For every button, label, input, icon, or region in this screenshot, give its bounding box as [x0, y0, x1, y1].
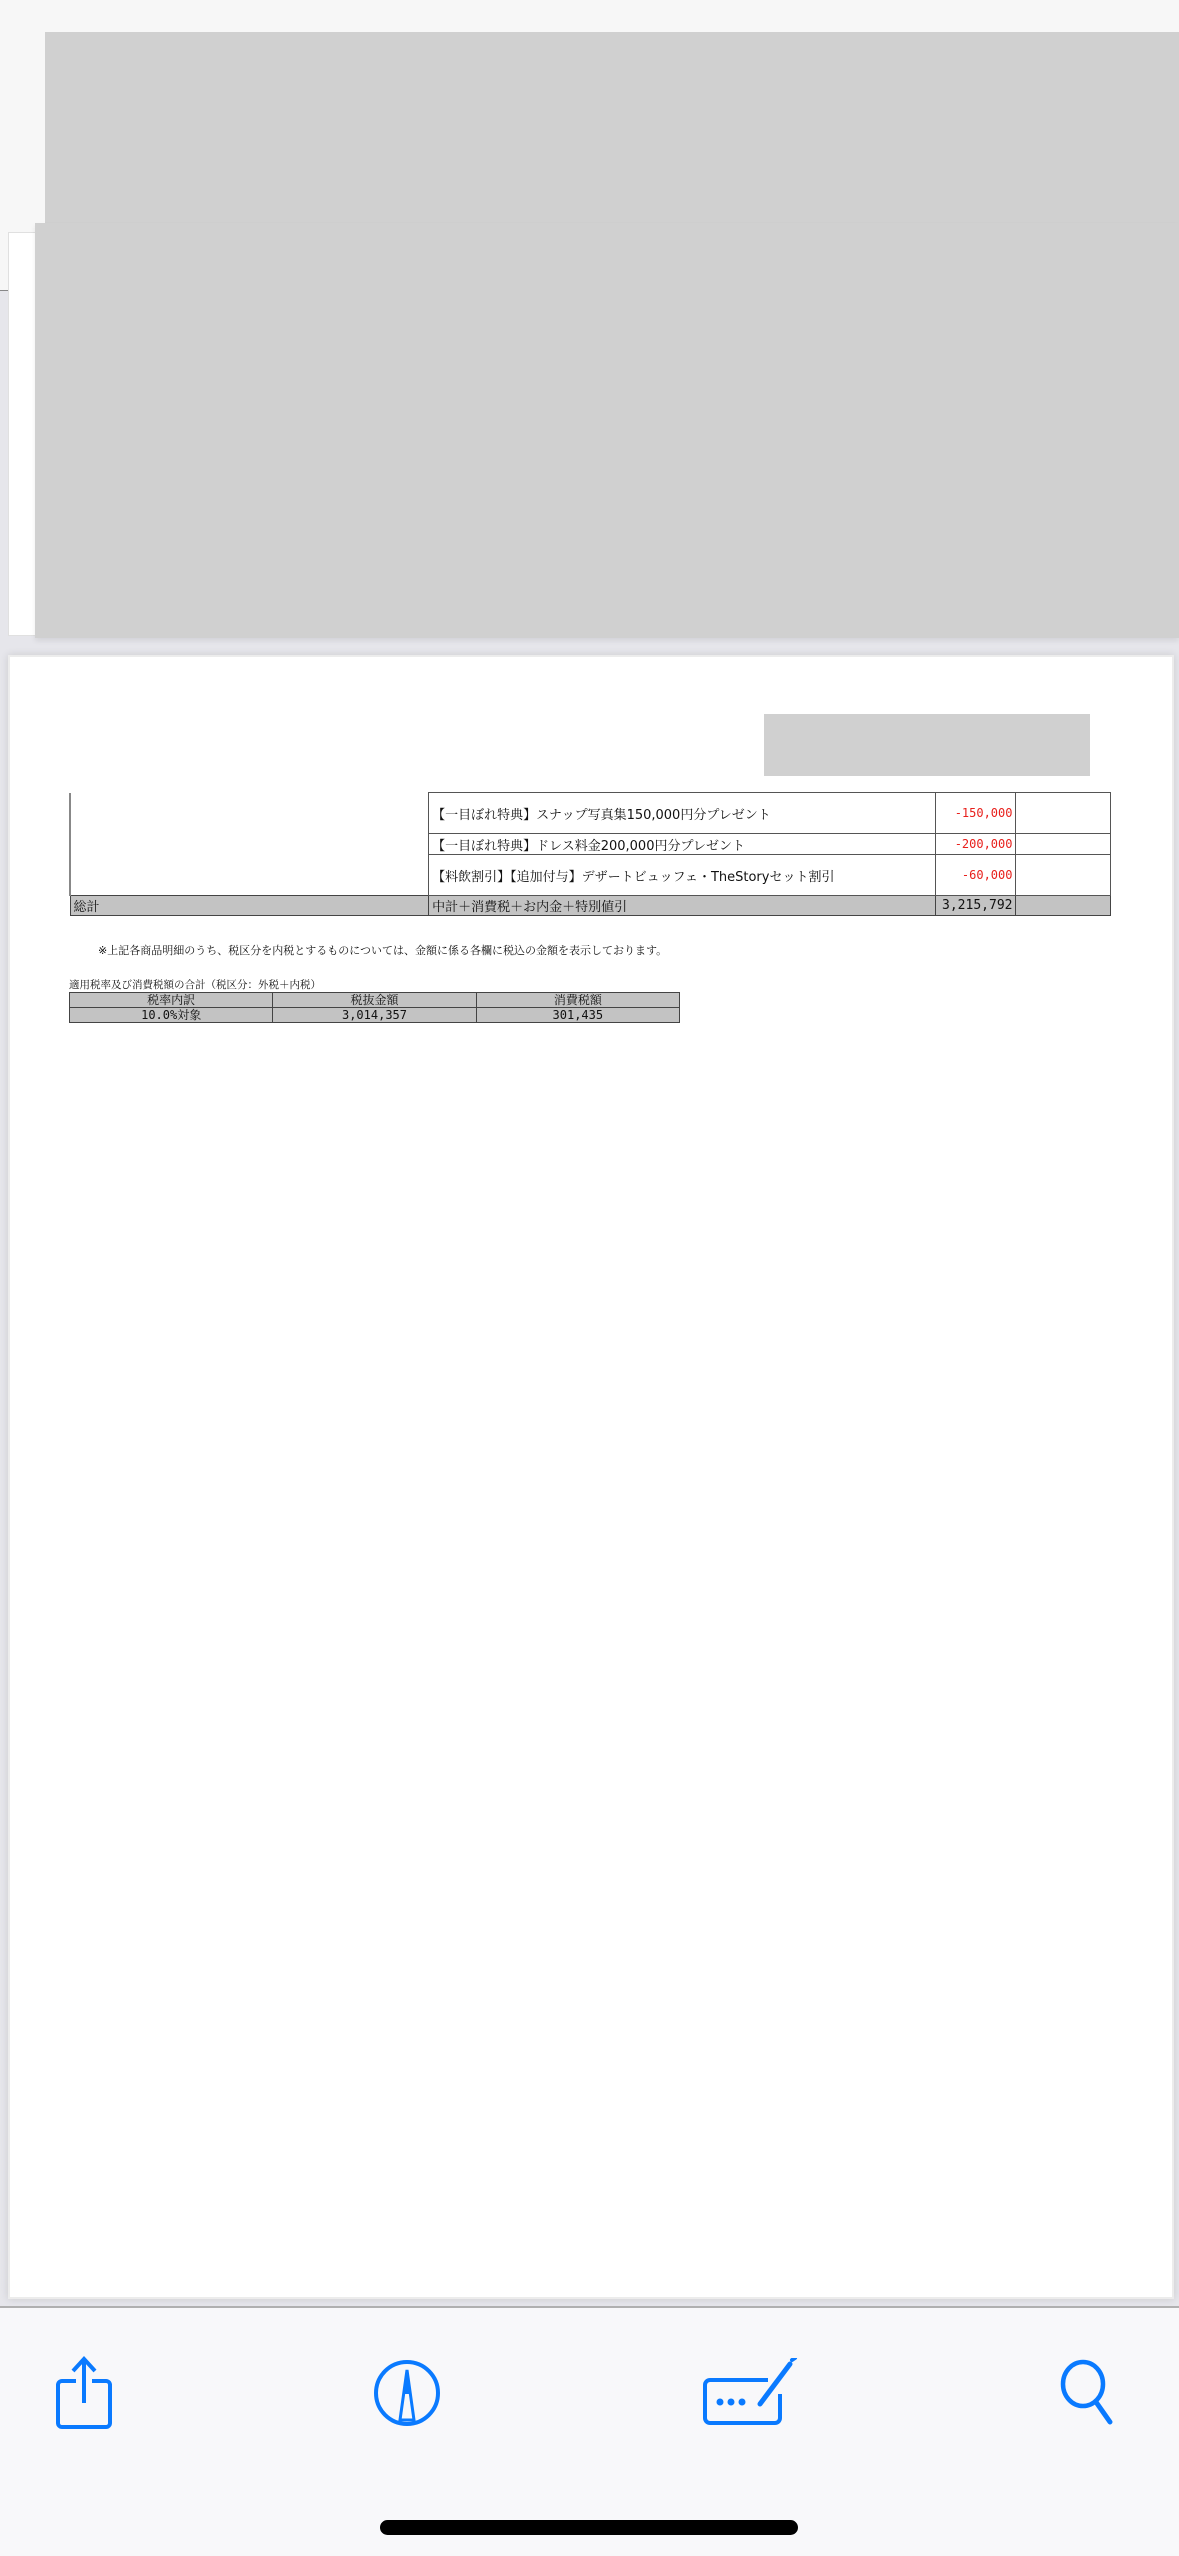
invoice-table: 【一目ぼれ特典】スナップ写真集150,000円分プレゼント -150,000 【… [69, 792, 1111, 916]
empty-cell [1016, 834, 1111, 855]
tax-summary-table: 税率内訳 税抜金額 消費税額 10.0%対象 3,014,357 301,435 [69, 992, 680, 1023]
search-button[interactable] [1050, 2348, 1130, 2438]
item-amount: -150,000 [935, 793, 1016, 834]
redacted-stamp-region [764, 714, 1090, 776]
markup-button[interactable] [367, 2348, 447, 2438]
total-label: 総計 [70, 896, 429, 916]
tax-header-net: 税抜金額 [273, 993, 476, 1008]
total-amount: 3,215,792 [935, 896, 1016, 916]
item-amount: -200,000 [935, 834, 1016, 855]
fill-and-sign-button[interactable] [700, 2348, 800, 2438]
total-row: 総計 中計＋消費税＋お内金＋特別値引 3,215,792 [70, 896, 1111, 916]
tax-note: ※上記各商品明細のうち、税区分を内税とするものについては、金額に係る各欄に税込の… [98, 942, 667, 958]
total-description: 中計＋消費税＋お内金＋特別値引 [429, 896, 935, 916]
item-description: 【一目ぼれ特典】ドレス料金200,000円分プレゼント [429, 834, 935, 855]
share-button[interactable] [44, 2348, 124, 2438]
tax-summary-caption: 適用税率及び消費税額の合計（税区分：外税＋内税） [69, 977, 321, 992]
redacted-previous-page-region [35, 223, 1179, 638]
tax-net-cell: 3,014,357 [273, 1008, 476, 1023]
empty-cell [1016, 793, 1111, 834]
tax-header-tax: 消費税額 [476, 993, 679, 1008]
search-icon [1055, 2358, 1125, 2428]
redacted-header-region [45, 32, 1179, 224]
home-indicator [380, 2520, 798, 2535]
markup-pen-icon [372, 2358, 442, 2428]
table-row: 10.0%対象 3,014,357 301,435 [70, 1008, 680, 1023]
tax-header-row: 税率内訳 税抜金額 消費税額 [70, 993, 680, 1008]
document-page: 【一目ぼれ特典】スナップ写真集150,000円分プレゼント -150,000 【… [8, 655, 1174, 2299]
empty-cell [70, 793, 429, 896]
signature-icon [700, 2358, 800, 2428]
tax-amount-cell: 301,435 [476, 1008, 679, 1023]
item-description: 【一目ぼれ特典】スナップ写真集150,000円分プレゼント [429, 793, 935, 834]
item-amount: -60,000 [935, 855, 1016, 896]
table-row: 【一目ぼれ特典】スナップ写真集150,000円分プレゼント -150,000 [70, 793, 1111, 834]
tax-header-rate: 税率内訳 [70, 993, 273, 1008]
share-icon [54, 2355, 114, 2431]
empty-cell [1016, 896, 1111, 916]
tax-rate-cell: 10.0%対象 [70, 1008, 273, 1023]
empty-cell [1016, 855, 1111, 896]
bottom-toolbar [0, 2306, 1179, 2556]
item-description: 【料飲割引】【追加付与】デザートビュッフェ・TheStoryセット割引 [429, 855, 935, 896]
